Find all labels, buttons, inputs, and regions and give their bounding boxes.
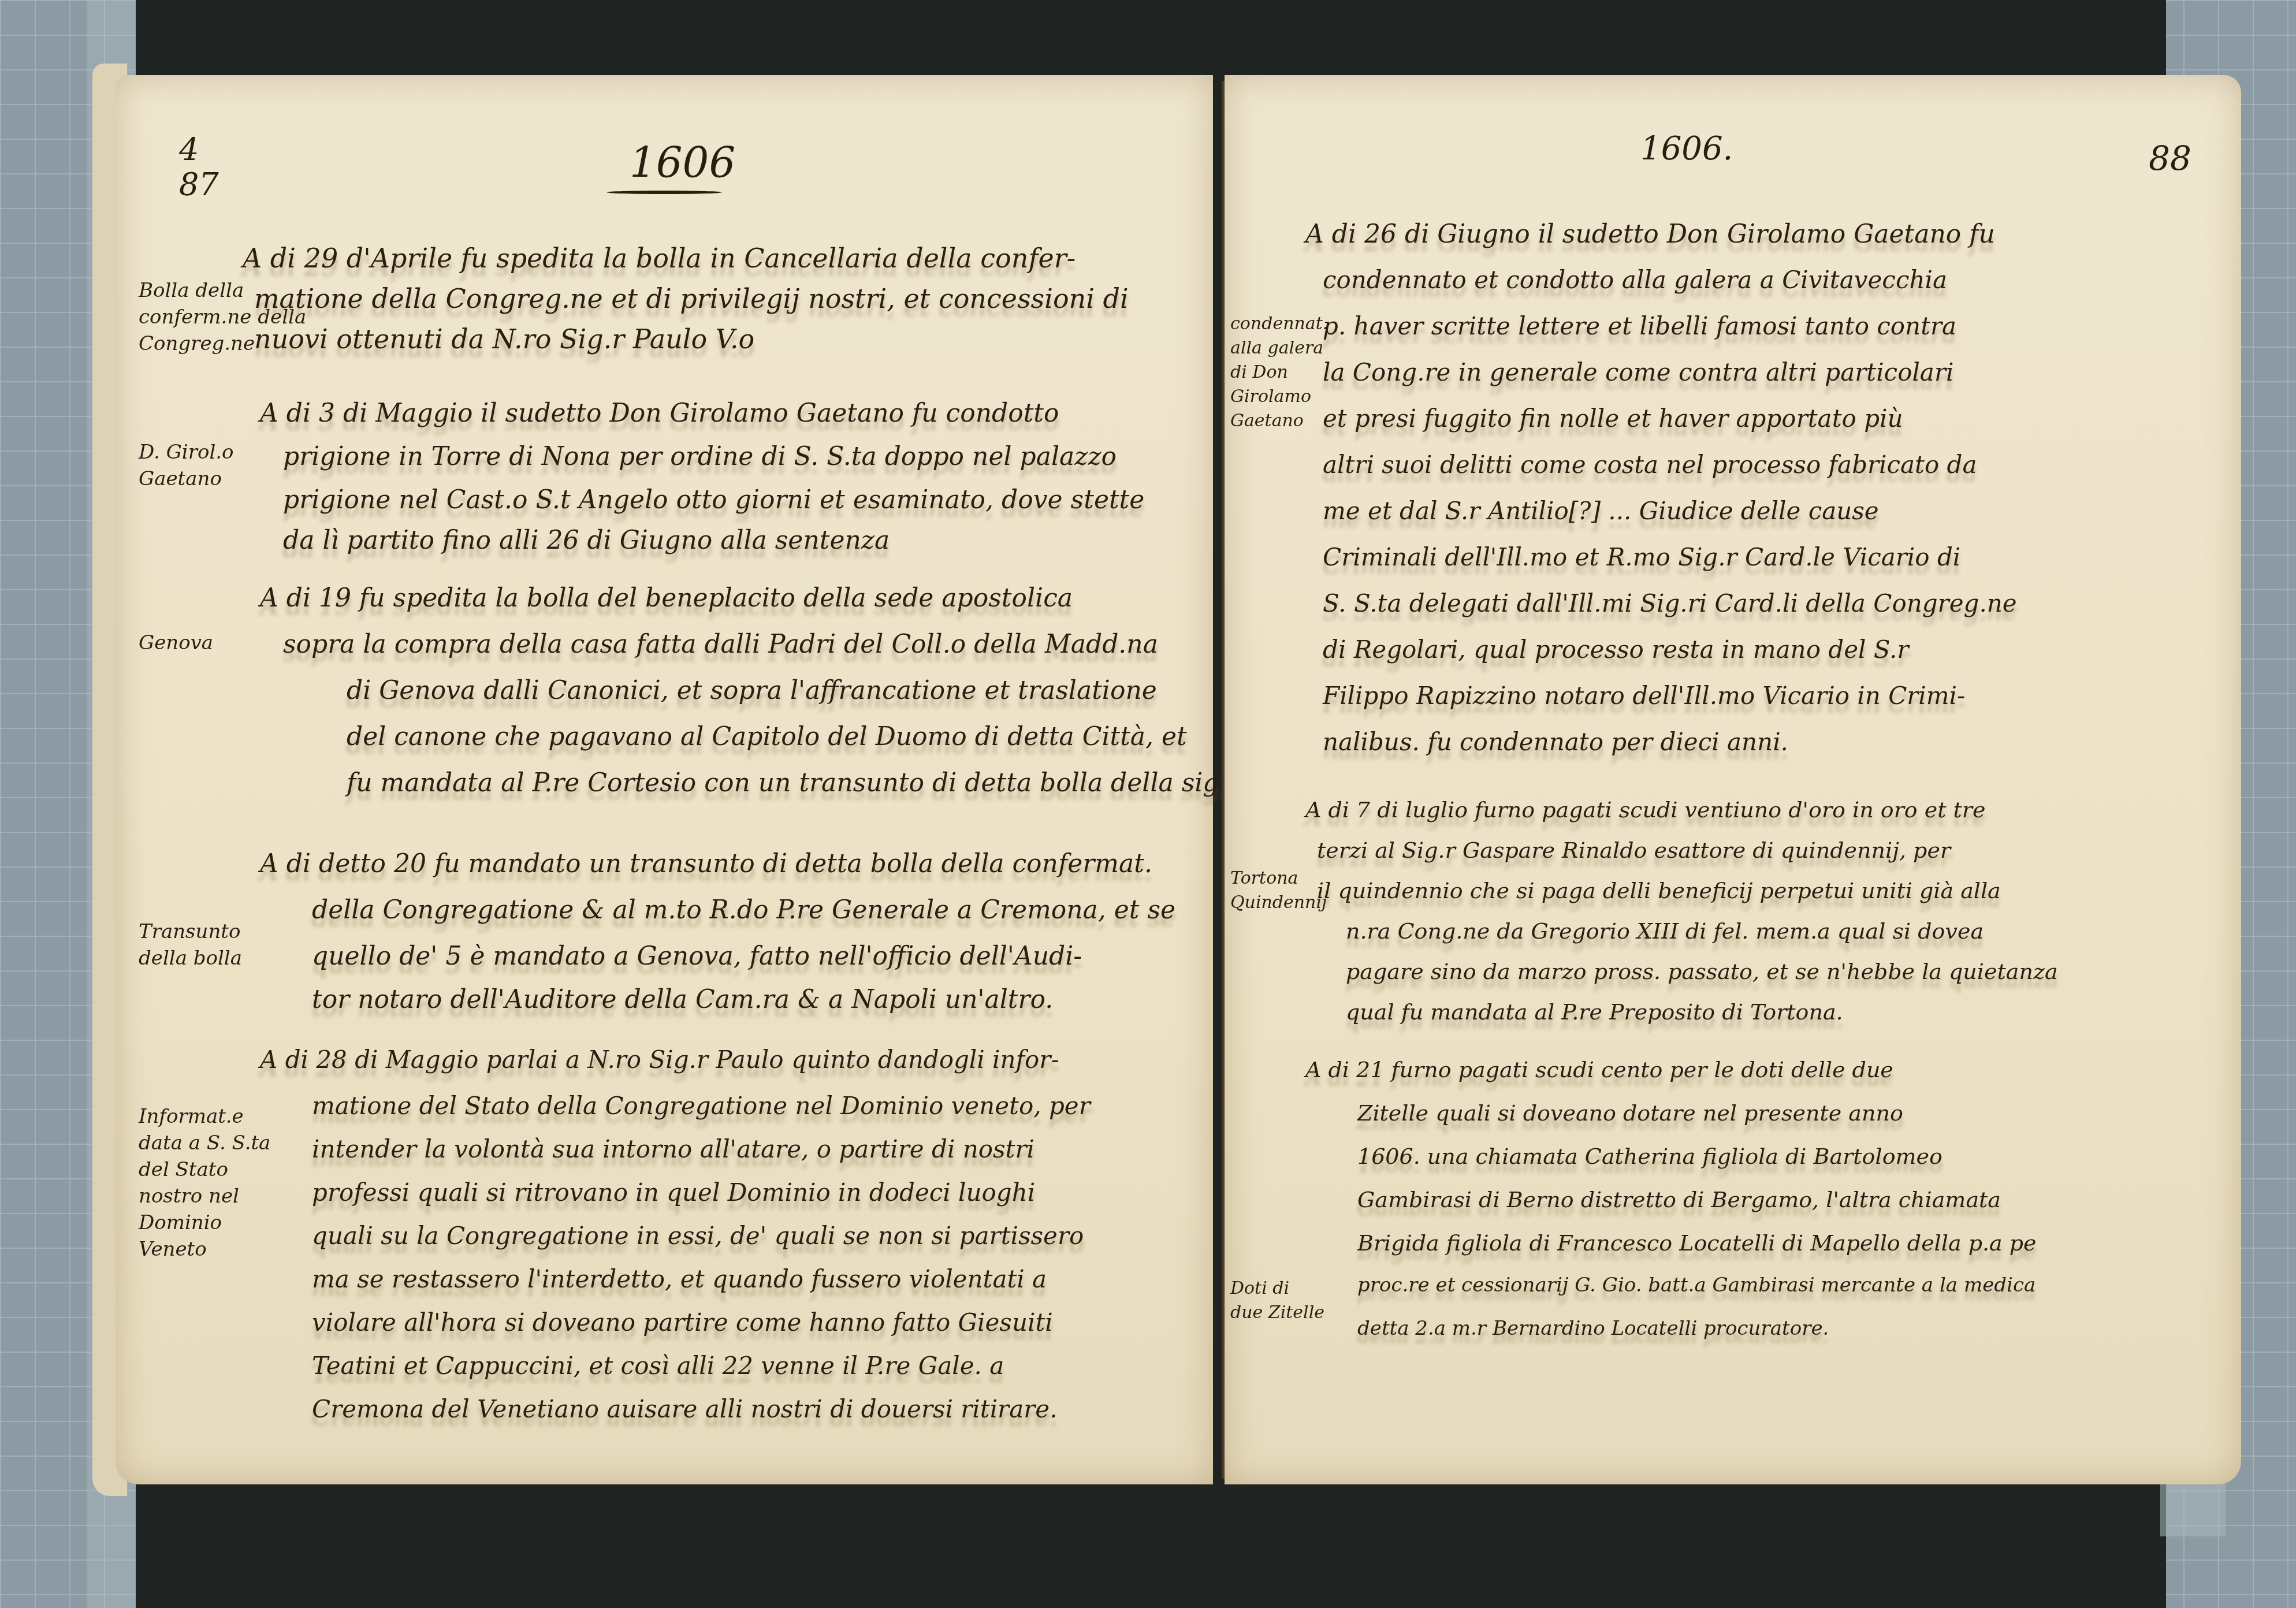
entry-line: tor notaro dell'Auditore della Cam.ra & … [312, 985, 1053, 1014]
entry-line: professi quali si ritrovano in quel Domi… [312, 1178, 1035, 1207]
margin-note: Genova [139, 630, 213, 656]
entry-line: Gambirasi di Berno distretto di Bergamo,… [1357, 1187, 2001, 1212]
entry-line: da lì partito fino alli 26 di Giugno all… [283, 526, 890, 555]
entry-line: Filippo Rapizzino notaro dell'Ill.mo Vic… [1323, 682, 1965, 710]
entry-line: A di 3 di Maggio il sudetto Don Girolamo… [260, 399, 1059, 428]
entry-line: p. haver scritte lettere et libelli famo… [1323, 312, 1956, 340]
entry-line: A di detto 20 fu mandato un transunto di… [260, 849, 1152, 879]
entry-line: la Cong.re in generale come contra altri… [1323, 358, 1953, 386]
entry-line: A di 21 furno pagati scudi cento per le … [1305, 1057, 1893, 1082]
entry-line: n.ra Cong.ne da Gregorio XIII di fel. me… [1346, 918, 1984, 944]
entry-line: Criminali dell'Ill.mo et R.mo Sig.r Card… [1323, 543, 1960, 571]
entry-line: pagare sino da marzo pross. passato, et … [1346, 959, 2058, 984]
entry-line: A di 29 d'Aprile fu spedita la bolla in … [243, 243, 1076, 274]
entry-line: nuovi ottenuti da N.ro Sig.r Paulo V.o [254, 323, 754, 355]
entry-line: matione della Congreg.ne et di privilegi… [254, 283, 1129, 314]
entry-line: di Regolari, qual processo resta in mano… [1323, 635, 1909, 664]
entry-line: A di 26 di Giugno il sudetto Don Girolam… [1305, 219, 1995, 249]
entry-line: prigione nel Cast.o S.t Angelo otto gior… [283, 485, 1144, 515]
entry-line: ma se restassero l'interdetto, et quando… [312, 1265, 1047, 1293]
entry-line: quali su la Congregatione in essi, de' q… [312, 1222, 1084, 1250]
left-year-header: 1606 [630, 139, 735, 187]
right-page: 1606. 88 condennat. alla galera di Don G… [1225, 75, 2241, 1484]
entry-line: proc.re et cessionarij G. Gio. batt.a Ga… [1357, 1274, 2035, 1297]
entry-line: Teatini et Cappuccini, et così alli 22 v… [312, 1352, 1004, 1380]
margin-note: condennat. alla galera di Don Girolamo G… [1230, 312, 1328, 433]
entry-line: matione del Stato della Congregatione ne… [312, 1092, 1091, 1120]
margin-note: D. Girol.o Gaetano [139, 439, 234, 492]
margin-note: Transunto della bolla [139, 918, 242, 971]
entry-line: fu mandata al P.re Cortesio con un trans… [347, 768, 1252, 798]
margin-note: Doti di due Zitelle [1230, 1276, 1324, 1325]
entry-line: del canone che pagavano al Capitolo del … [347, 722, 1187, 751]
folio-number: 88 [2149, 139, 2191, 178]
entry-line: intender la volontà sua intorno all'atar… [312, 1135, 1034, 1163]
entry-line: A di 19 fu spedita la bolla del beneplac… [260, 583, 1073, 613]
left-page: 4 87 1606 Bolla della conferm.ne della C… [116, 75, 1213, 1484]
entry-line: violare all'hora si doveano partire come… [312, 1308, 1053, 1337]
entry-line: A di 28 di Maggio parlai a N.ro Sig.r Pa… [260, 1045, 1059, 1074]
open-manuscript-book: 4 87 1606 Bolla della conferm.ne della C… [92, 64, 2218, 1519]
entry-line: quello de' 5 è mandato a Genova, fatto n… [312, 941, 1082, 971]
entry-line: 1606. una chiamata Catherina figliola di… [1357, 1144, 1943, 1169]
entry-line: di Genova dalli Canonici, et sopra l'aff… [347, 676, 1157, 705]
entry-line: Cremona del Venetiano auisare alli nostr… [312, 1395, 1058, 1423]
entry-line: S. S.ta delegati dall'Ill.mi Sig.ri Card… [1323, 589, 2017, 617]
year-underline [606, 191, 722, 194]
margin-note: Informat.e data a S. S.ta del Stato nost… [139, 1103, 270, 1263]
margin-note: Tortona Quindennij [1230, 866, 1327, 915]
entry-line: Brigida figliola di Francesco Locatelli … [1357, 1230, 2037, 1256]
entry-line: nalibus. fu condennato per dieci anni. [1323, 728, 1788, 756]
right-year-header: 1606. [1640, 130, 1733, 167]
entry-line: Zitelle quali si doveano dotare nel pres… [1357, 1100, 1903, 1126]
entry-line: prigione in Torre di Nona per ordine di … [283, 442, 1117, 471]
entry-line: detta 2.a m.r Bernardino Locatelli procu… [1357, 1317, 1829, 1340]
entry-line: sopra la compra della casa fatta dalli P… [283, 630, 1158, 659]
entry-line: qual fu mandata al P.re Preposito di Tor… [1346, 999, 1843, 1025]
left-folio-marks: 4 87 [179, 133, 219, 202]
entry-line: et presi fuggito fin nolle et haver appo… [1323, 404, 1903, 433]
entry-line: A di 7 di luglio furno pagati scudi vent… [1305, 797, 1986, 822]
entry-line: terzi al Sig.r Gaspare Rinaldo esattore … [1317, 837, 1951, 863]
entry-line: il quindennio che si paga delli benefici… [1317, 878, 2001, 903]
entry-line: condennato et condotto alla galera a Civ… [1323, 266, 1947, 294]
entry-line: della Congregatione & al m.to R.do P.re … [312, 895, 1175, 925]
entry-line: me et dal S.r Antilio[?] ... Giudice del… [1323, 497, 1879, 525]
entry-line: altri suoi delitti come costa nel proces… [1323, 451, 1977, 479]
